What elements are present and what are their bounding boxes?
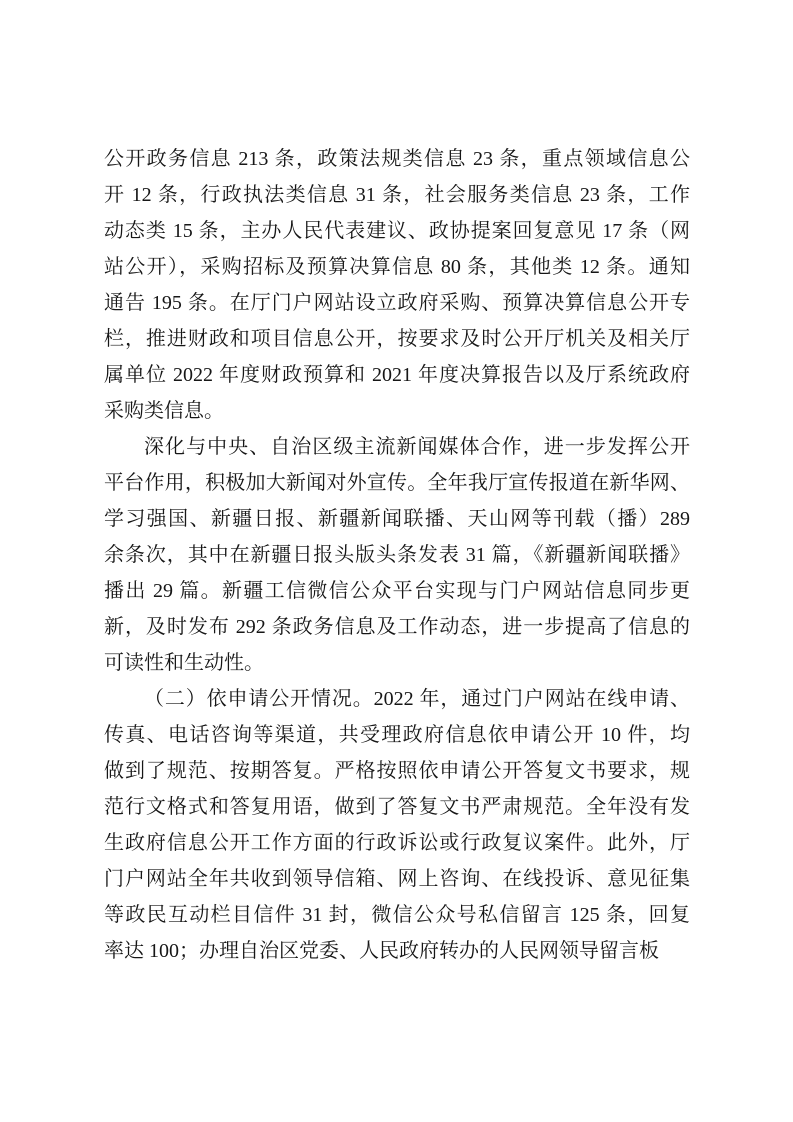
- text-line: 栏，推进财政和项目信息公开，按要求及时公开厅机关及相关厅: [104, 321, 690, 357]
- document-page: 公开政务信息 213 条，政策法规类信息 23 条，重点领域信息公 开 12 条…: [0, 0, 793, 1122]
- text-line: 余条次，其中在新疆日报头版头条发表 31 篇，《新疆新闻联播》: [104, 537, 690, 573]
- text-line: 通告 195 条。在厅门户网站设立政府采购、预算决算信息公开专: [104, 285, 690, 321]
- text-line: 深化与中央、自治区级主流新闻媒体合作，进一步发挥公开: [104, 429, 690, 465]
- text-line: 采购类信息。: [104, 393, 690, 429]
- text-line: 学习强国、新疆日报、新疆新闻联播、天山网等刊载（播）289: [104, 501, 690, 537]
- text-line: 等政民互动栏目信件 31 封，微信公众号私信留言 125 条，回复: [104, 897, 690, 933]
- text-line: 做到了规范、按期答复。严格按照依申请公开答复文书要求，规: [104, 753, 690, 789]
- text-line: 率达 100；办理自治区党委、人民政府转办的人民网领导留言板: [104, 933, 690, 969]
- text-line: 范行文格式和答复用语，做到了答复文书严肃规范。全年没有发: [104, 789, 690, 825]
- text-line: 公开政务信息 213 条，政策法规类信息 23 条，重点领域信息公: [104, 141, 690, 177]
- text-line: 属单位 2022 年度财政预算和 2021 年度决算报告以及厅系统政府: [104, 357, 690, 393]
- text-line: 传真、电话咨询等渠道，共受理政府信息依申请公开 10 件，均: [104, 717, 690, 753]
- text-line: 生政府信息公开工作方面的行政诉讼或行政复议案件。此外，厅: [104, 825, 690, 861]
- text-line: 平台作用，积极加大新闻对外宣传。全年我厅宣传报道在新华网、: [104, 465, 690, 501]
- text-line: 播出 29 篇。新疆工信微信公众平台实现与门户网站信息同步更: [104, 573, 690, 609]
- text-line: （二）依申请公开情况。2022 年，通过门户网站在线申请、: [104, 681, 690, 717]
- page-text-block: 公开政务信息 213 条，政策法规类信息 23 条，重点领域信息公 开 12 条…: [104, 141, 690, 969]
- paragraph: （二）依申请公开情况。2022 年，通过门户网站在线申请、 传真、电话咨询等渠道…: [104, 681, 690, 969]
- text-line: 开 12 条，行政执法类信息 31 条，社会服务类信息 23 条，工作: [104, 177, 690, 213]
- text-line: 可读性和生动性。: [104, 645, 690, 681]
- text-line: 门户网站全年共收到领导信箱、网上咨询、在线投诉、意见征集: [104, 861, 690, 897]
- text-line: 新，及时发布 292 条政务信息及工作动态，进一步提高了信息的: [104, 609, 690, 645]
- paragraph: 深化与中央、自治区级主流新闻媒体合作，进一步发挥公开 平台作用，积极加大新闻对外…: [104, 429, 690, 681]
- paragraph: 公开政务信息 213 条，政策法规类信息 23 条，重点领域信息公 开 12 条…: [104, 141, 690, 429]
- text-line: 站公开），采购招标及预算决算信息 80 条，其他类 12 条。通知: [104, 249, 690, 285]
- text-line: 动态类 15 条，主办人民代表建议、政协提案回复意见 17 条（网: [104, 213, 690, 249]
